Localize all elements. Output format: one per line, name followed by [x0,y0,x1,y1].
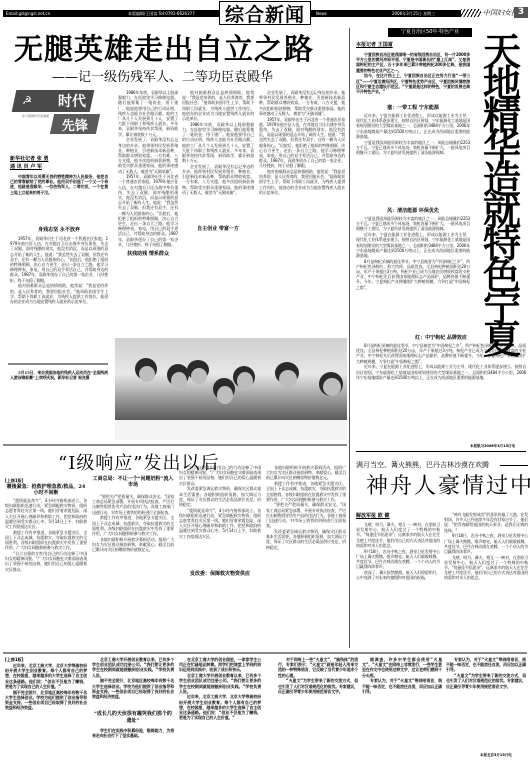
section-title-box: 综合新闻 [219,1,311,25]
response-subhead-a: 震後紧急：抢救护理急救/救品，24小时不间断 [5,484,87,496]
response-col-c: “自立自强的女性用自己的行动诠释了中国妇女的精神风貌。”广大妇女同胞在灾难面前表… [179,465,261,648]
divider-left-col [8,363,108,365]
photo-figure [139,366,155,382]
ningxia-subhead-1: 塞：一带工程 宁东能源 [356,104,470,112]
bottom-col-3: 在北京工商大学的创业园里，一家家学生公司正在忙碌地运转着。同学们把课堂上学到的知… [179,657,261,761]
kicker-rule [500,465,528,466]
bottom-col-6: 专家认为，对于“火星文”等网络语言，既不能一味否定，也不能放任自流，而应加以正确… [446,657,526,752]
bottom-col-2: 北京工商大学开展创业教育以来，已有多个学生创业团队成功注册公司。“我们要让更多的… [92,657,174,707]
ningxia-footer-tag: 本报银川2006年3月15日电 [470,444,515,449]
midautumn-col2: “神舟飞船发射成功”的喜讯传遍了大漠。在发射场，许多人已经连续多年没有回家过节了… [444,512,528,648]
main-col1-text: 1957年，袁殿华出生于河北省一个普通农民家庭。1979年他应征入伍，在对越自卫… [10,236,108,360]
midautumn-kicker: 满月当空、篝火熊熊，巴丹吉林沙漠在欢腾 [356,460,489,470]
main-headline: 无腿英雄走出自立之路 [14,31,314,67]
hammer-sickle-icon: ☭ [22,94,32,107]
main-subheadline: ——记一级伤残军人、二等功臣袁殿华 [52,70,273,86]
page-number: 3 [518,7,524,17]
response-col-d: 各地妇联积极开展救灾募捐活动，组织广大妇女为灾区群众捐款捐物，奉献爱心。截至目前… [266,465,346,648]
issue-date: 2006年3月15日 星期三 [392,10,435,17]
main-col2-text: 1986年年底，袁殿华以上肢顽强毅力，在医院里学习修理电器。随后他筹集了一笔资金… [118,90,178,335]
bottom-col-2b: 学生们在实践中积累经验，锻炼能力，为将来走向社会打下了坚实基础。 [92,728,174,761]
main-col3-text: 他对困难群众总是热情相助，他常说：“我是党培养的，是人民养育的，我要回报社会。”… [182,90,254,335]
ningxia-lead: 宁夏回族自治区是我国唯一的省级回族自治区，有一片2000多平方公里的黄河冲积平原… [356,52,470,112]
ningxia-byline: 本报记者 王国富 [356,42,393,49]
ningxia-text-2: 宁夏是我国风能资源较为丰富的地区之一，风能总储量约2253万千瓦。宁夏已建成多个… [356,216,470,334]
ningxia-text-3: 8月是枸杞采摘的最佳季节。中宁县被誉为“中国枸杞之乡”，所产枸杞色泽鲜红、粒大肉… [356,343,526,443]
column-divider [349,28,350,648]
swimmers-photo [115,338,347,440]
main-subhead-1: 身残志坚 永不放弃 [10,226,108,234]
bottom-quote: “成长几的天伙很有趣哭我们那个的遗址” [92,711,174,725]
badge-bottom: 先锋 [50,114,100,134]
section-en: News [316,10,327,17]
ningxia-vertical-headline: 天地精华造就特色宁夏 [480,36,524,356]
ningxia-subhead-3: 红：中宁枸杞 品牌效应 [356,334,526,342]
stripe-decoration [461,9,481,17]
midautumn-byline: 解放军报 欧 健 [356,513,389,520]
photo-caption: 5月15日，来自我国各地的残疾人运动员在“全国残疾人游泳锦标赛”上欢呼庆祝。新华… [10,370,108,424]
divider-right [356,451,526,452]
pool-edge [115,420,347,440]
photo-figure [191,368,207,384]
main-subhead-3: 自主创业 带富一方 [182,225,254,233]
main-col4-text: 企业发展了，袁殿华没有忘记身边的乡亲。他带领村民发展养殖业、种植业，引进新技术新… [259,90,345,335]
photo-figure [171,372,187,390]
section-title: 综合新闻 [225,0,305,27]
main-byline-1: 新华社记者 张 勇 [10,156,48,163]
column-tag: 宁夏自治区50年·特色产业 [401,29,459,35]
divider-mid [3,444,347,446]
masthead-bar-right [311,10,461,17]
midautumn-headline: 神舟人豪情过中秋 [366,473,530,501]
ningxia-subhead-2: 风：清洁能源 环保优先 [356,207,470,215]
response-subhead-b: 工商总局：不让一个“问题奶粉”流入市场 [92,476,174,488]
main-subhead-2: 扶残助残 情系群众 [118,250,178,258]
bottom-col-5: 据调查，许多中学生都会使用“火星文”。“火星文”在网络上非常流行，一些学生甚至在… [362,657,442,761]
bottom-footer-tag: 本报北京3月15日电 [480,753,512,758]
divider-bottom [3,652,527,654]
page-number-box: 3 [514,7,528,18]
masthead-email: Email:gsl@ngsl.net.cn [6,10,50,17]
badge-bottom-text: 先锋 [62,115,88,134]
response-subhead-c: 发改委：保障救灾物资供应 [179,570,261,578]
photo-figure [217,386,233,404]
photo-figure [323,378,341,396]
column-tag-box: 宁夏自治区50年·特色产业 [388,28,472,37]
paper-name: 中国妇女报 [483,8,518,18]
main-byline-2: 通 讯 员 卢 军 [10,164,42,171]
bottom-col-4: 对于网络上一些“火星文”，“脑残体”的流行，专家们表示：“火星文”就是年轻人用来… [278,657,358,761]
response-col-b: “要把关严把质量关，确保群众安全。”国家工商总局紧急部署，开展专项执法检查，严厉… [92,494,174,648]
photo-figure [237,372,253,390]
badge-top: ☭ 时代 [12,90,95,112]
response-col-a: “震情就是命令”，4小时内指挥部成立。各级妇联组织迅速行动，紧急调配救灾物资，组… [5,498,87,648]
midautumn-col1: 戈壁、明月、篝火，相互一一映衬。在酒泉卫星发射中心，航天人们度过了一个特殊的中秋… [356,522,440,648]
bottom-col-1: 近年来，北京工商大学、北京大学等高校纷纷开展大学生创业教育。每个人都有自己的梦想… [5,663,87,761]
masthead-editor-info: 本版编辑/王国富 Tel:0791-6626377 [128,10,195,17]
photo-figure [279,370,297,388]
badge-top-text: 时代 [58,91,86,111]
main-lead: 中国青年以英勇无畏的牺牲精神为人民服务，他把自己的青春献给了党的事业。他用双手创… [10,174,108,224]
ningxia-text-1: 近年来，宁夏在能源工业化进程上，形成以能源工业为主导，现代化工业体系逐步建立。按… [356,113,470,193]
era-pioneer-badge: ☭ 时代 学习贯彻科学发展观 先锋 [8,90,108,150]
